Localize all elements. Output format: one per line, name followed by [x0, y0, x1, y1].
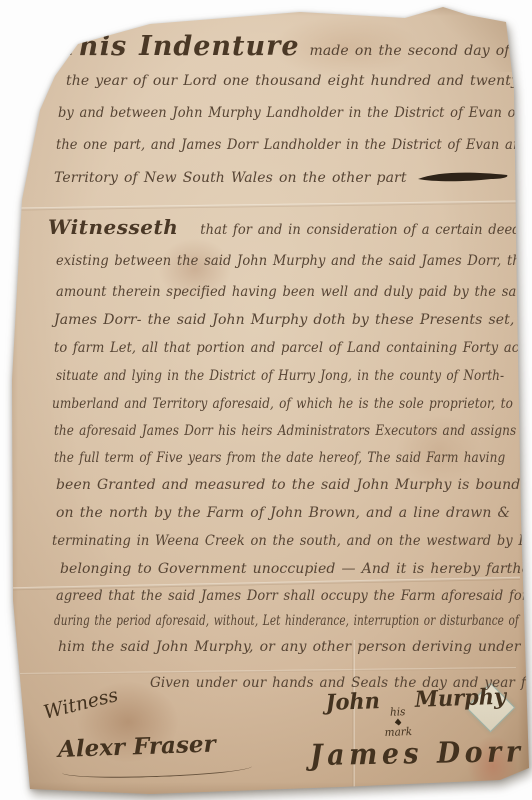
manuscript-line: belonging to Government unoccupied — And…: [60, 562, 532, 577]
manuscript-line: during the period aforesaid, without, Le…: [54, 614, 519, 629]
pin-icon: [72, 1, 81, 10]
fold-crease: [20, 667, 516, 675]
manuscript-line: amount therein specified having been wel…: [56, 285, 529, 300]
manuscript-line: existing between the said John Murphy an…: [56, 254, 529, 269]
signature-john-murphy: JohnhismarkMurphy: [325, 684, 507, 740]
manuscript-line: been Granted and measured to the said Jo…: [56, 478, 532, 493]
manuscript-line: terminating in Weena Creek on the south,…: [52, 534, 532, 549]
manuscript-line: agreed that the said James Dorr shall oc…: [56, 589, 532, 604]
manuscript-line: situate and lying in the District of Hur…: [56, 369, 504, 384]
signature-alexr-fraser: Alexr Fraser: [58, 731, 217, 763]
manuscript-line: This Indenturemade on the second day of …: [58, 32, 532, 62]
paper-shadow-wrap: This Indenturemade on the second day of …: [0, 0, 532, 800]
scan-background: This Indenturemade on the second day of …: [0, 0, 532, 800]
manuscript-line: James Dorr- the said John Murphy doth by…: [54, 313, 532, 328]
manuscript-line: to farm Let, all that portion and parcel…: [54, 341, 532, 356]
manuscript-line: the year of our Lord one thousand eight …: [66, 74, 532, 89]
his-mark-stack: hismark: [384, 706, 413, 738]
manuscript-line: the one part, and James Dorr Landholder …: [56, 138, 530, 153]
flourish-dash: [415, 169, 511, 187]
line-text: that for and in consideration of a certa…: [201, 223, 532, 238]
fold-crease: [14, 200, 518, 210]
signer-last-name: Murphy: [414, 684, 506, 713]
signer-first-name: John: [325, 688, 380, 716]
opening-phrase: This Indenture: [58, 31, 300, 62]
line-text: made on the second day of November in: [310, 43, 532, 59]
signature-james-dorr: James Dorr: [310, 734, 525, 772]
manuscript-line: Territory of New South Wales on the othe…: [54, 169, 511, 187]
witness-label: Witness: [41, 684, 120, 724]
document-paper: This Indenturemade on the second day of …: [0, 0, 532, 800]
manuscript-line: the aforesaid James Dorr his heirs Admin…: [54, 424, 532, 439]
manuscript-line: umberland and Territory aforesaid, of wh…: [52, 397, 513, 412]
line-text: Territory of New South Wales on the othe…: [54, 170, 407, 186]
manuscript-line: him the said John Murphy, or any other p…: [58, 640, 532, 655]
manuscript-line: by and between John Murphy Landholder in…: [58, 106, 520, 121]
signature-flourish: [62, 759, 252, 781]
manuscript-line: on the north by the Farm of John Brown, …: [56, 506, 510, 521]
witnesseth-word: Witnesseth: [48, 215, 178, 239]
his-label: his: [390, 706, 406, 718]
manuscript-line: Witnesseththat for and in consideration …: [48, 216, 532, 238]
manuscript-line: the full term of Five years from the dat…: [54, 451, 505, 466]
